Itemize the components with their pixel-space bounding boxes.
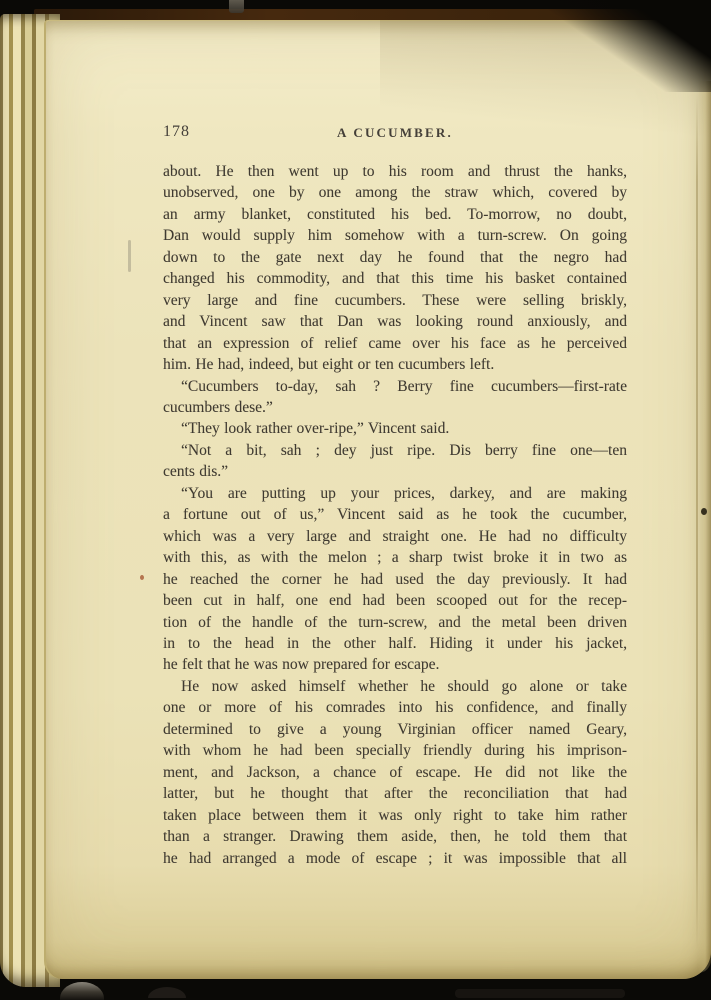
text-line: very large and fine cucumbers. These wer…	[163, 290, 627, 311]
paragraph: “Not a bit, sah ; dey just ripe. Dis ber…	[163, 440, 627, 483]
paragraph: about. He then went up to his room and t…	[163, 161, 627, 376]
text-line: taken place between them it was only rig…	[163, 805, 627, 826]
paragraph: “Cucumbers to-day, sah ? Berry fine cucu…	[163, 376, 627, 419]
text-line: he had arranged a mode of escape ; it wa…	[163, 848, 627, 869]
text-line: cucumbers dese.”	[163, 397, 627, 418]
paragraph: “They look rather over-ripe,” Vincent sa…	[163, 418, 627, 439]
text-line: been cut in half, one end had been scoop…	[163, 590, 627, 611]
page-header-row: 178 A CUCUMBER.	[163, 123, 627, 143]
text-line: and Vincent saw that Dan was looking rou…	[163, 311, 627, 332]
text-line: He now asked himself whether he should g…	[163, 676, 627, 697]
text-line: “They look rather over-ripe,” Vincent sa…	[163, 418, 627, 439]
text-line: with whom he had been specially friendly…	[163, 740, 627, 761]
text-line: “Not a bit, sah ; dey just ripe. Dis ber…	[163, 440, 627, 461]
text-line: him. He had, indeed, but eight or ten cu…	[163, 354, 627, 375]
text-line: tion of the handle of the turn-screw, an…	[163, 612, 627, 633]
text-line: unobserved, one by one among the straw w…	[163, 182, 627, 203]
ink-speck	[701, 508, 707, 515]
book-clamp	[60, 982, 104, 1000]
text-line: determined to give a young Virginian off…	[163, 719, 627, 740]
table-shadow	[455, 989, 625, 998]
book-clamp	[148, 987, 186, 998]
text-line: latter, but he thought that after the re…	[163, 783, 627, 804]
text-line: cents dis.”	[163, 461, 627, 482]
text-line: down to the gate next day he found that …	[163, 247, 627, 268]
text-line: which was a very large and straight one.…	[163, 526, 627, 547]
paragraph: “You are putting up your prices, darkey,…	[163, 483, 627, 676]
book-photo: 178 A CUCUMBER. about. He then went up t…	[0, 0, 711, 1000]
text-line: he reached the corner he had used the da…	[163, 569, 627, 590]
text-line: a fortune out of us,” Vincent said as he…	[163, 504, 627, 525]
margin-mark	[128, 240, 131, 272]
text-line: changed his commodity, and that this tim…	[163, 268, 627, 289]
text-line: “Cucumbers to-day, sah ? Berry fine cucu…	[163, 376, 627, 397]
running-header: A CUCUMBER.	[163, 125, 627, 141]
text-line: he felt that he was now prepared for esc…	[163, 654, 627, 675]
binding-tab	[229, 0, 244, 13]
text-line: Dan would supply him somehow with a turn…	[163, 225, 627, 246]
ink-speck	[140, 575, 144, 580]
text-line: with this, as with the melon ; a sharp t…	[163, 547, 627, 568]
fore-edge-band	[698, 81, 711, 973]
text-line: ment, and Jackson, a chance of escape. H…	[163, 762, 627, 783]
paragraph: He now asked himself whether he should g…	[163, 676, 627, 869]
text-line: an army blanket, constituted his bed. To…	[163, 204, 627, 225]
text-line: one or more of his comrades into his con…	[163, 697, 627, 718]
text-block: about. He then went up to his room and t…	[163, 161, 627, 869]
text-line: that an expression of relief came over h…	[163, 333, 627, 354]
text-line: in to the head in the other half. Hiding…	[163, 633, 627, 654]
page-crease	[696, 96, 698, 949]
text-line: about. He then went up to his room and t…	[163, 161, 627, 182]
text-line: than a stranger. Drawing them aside, the…	[163, 826, 627, 847]
text-line: “You are putting up your prices, darkey,…	[163, 483, 627, 504]
